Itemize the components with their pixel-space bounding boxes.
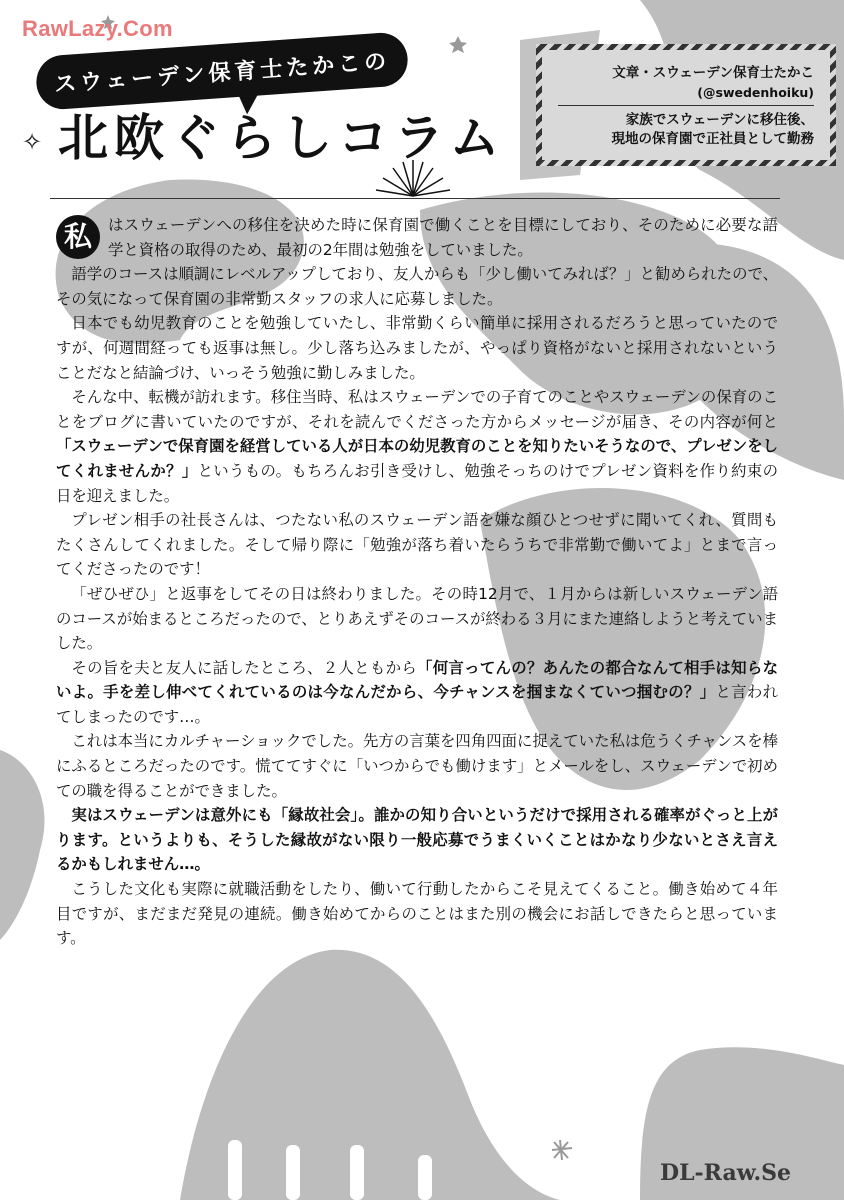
paragraph-5: プレゼン相手の社長さんは、つたない私のスウェーデン語を嫌な顔ひとつせずに聞いてく… (56, 508, 778, 582)
burst-icon (368, 158, 458, 198)
author-bio-line1: 家族でスウェーデンに移住後、 (558, 111, 814, 131)
paragraph-1: 私 はスウェーデンへの移住を決めた時に保育園で働くことを目標にしており、そのため… (56, 213, 778, 262)
paragraph-8: これは本当にカルチャーショックでした。先方の言葉を四角四面に捉えていた私は危うく… (56, 729, 778, 803)
author-byline-box: 文章・スウェーデン保育士たかこ (@swedenhoiku) 家族でスウェーデン… (536, 44, 836, 166)
paragraph-9: 実はスウェーデンは意外にも「縁故社会」。誰かの知り合いというだけで採用される確率… (56, 803, 778, 877)
header-divider (50, 198, 780, 200)
author-handle: (@swedenhoiku) (558, 84, 814, 106)
watermark-bottom: DL-Raw.Se (660, 1160, 791, 1186)
paragraph-10: こうした文化も実際に就職活動をしたり、働いて行動したからこそ見えてくること。働き… (56, 877, 778, 951)
author-name: 文章・スウェーデン保育士たかこ (558, 64, 814, 84)
author-bio-line2: 現地の保育園で正社員として勤務 (558, 130, 814, 150)
sparkle-icon: ✧ (22, 128, 42, 156)
paragraph-4: そんな中、転機が訪れます。移住当時、私はスウェーデンでの子育てのことやスウェーデ… (56, 385, 778, 508)
paragraph-text: その旨を夫と友人に話したところ、２人ともから (71, 659, 417, 677)
paragraph-text: そんな中、転機が訪れます。移住当時、私はスウェーデンでの子育てのことやスウェーデ… (56, 388, 778, 431)
drop-cap: 私 (56, 215, 100, 259)
paragraph-3: 日本でも幼児教育のことを勉強していたし、非常勤くらい簡単に採用されるだろうと思っ… (56, 311, 778, 385)
article-body: 私 はスウェーデンへの移住を決めた時に保育園で働くことを目標にしており、そのため… (56, 213, 778, 951)
paragraph-7: その旨を夫と友人に話したところ、２人ともから「何言ってんの？あんたの都合なんて相… (56, 656, 778, 730)
paragraph-6: 「ぜひぜひ」と返事をしてその日は終わりました。その時12月で、１月からは新しいス… (56, 582, 778, 656)
watermark-top: RawLazy.Com (22, 16, 173, 42)
emphasis-paragraph: 実はスウェーデンは意外にも「縁故社会」。誰かの知り合いというだけで採用される確率… (56, 806, 778, 873)
paragraph-2: 語学のコースは順調にレベルアップしており、友人からも「少し働いてみれば？」と勧め… (56, 262, 778, 311)
paragraph-text: はスウェーデンへの移住を決めた時に保育園で働くことを目標にしており、そのために必… (108, 216, 778, 259)
